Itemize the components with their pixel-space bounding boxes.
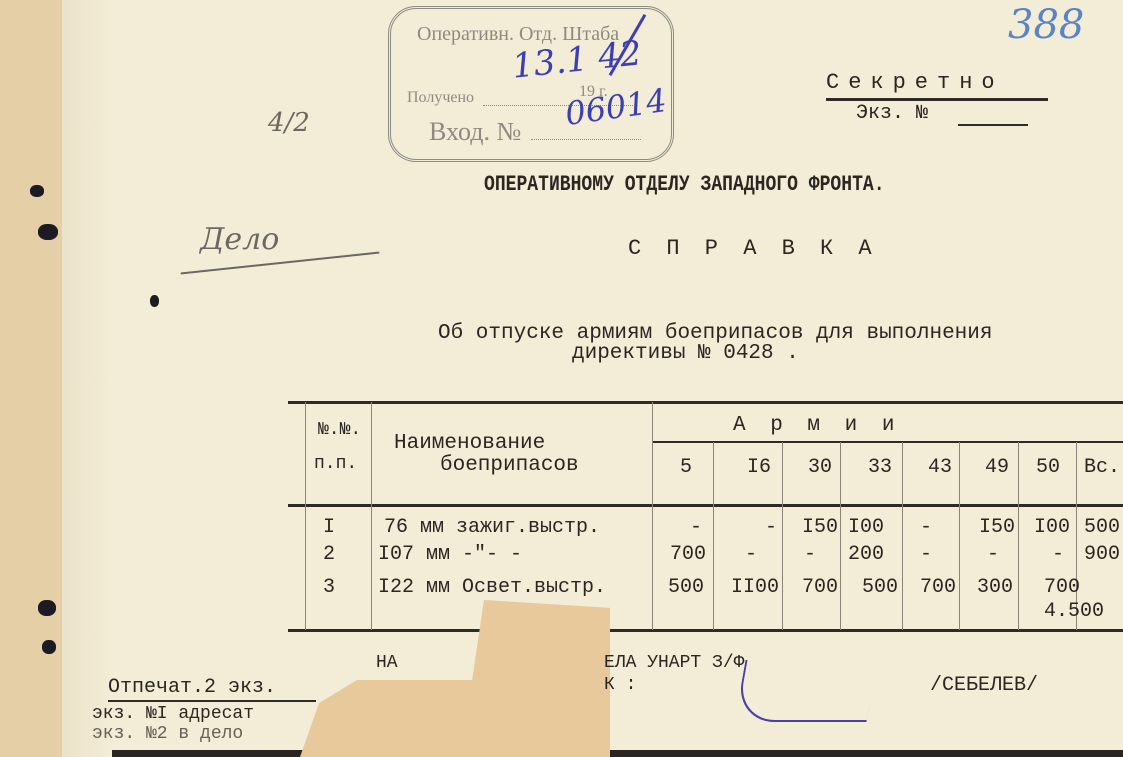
row-value: 700: [1018, 576, 1080, 599]
row-total: 500: [1072, 516, 1120, 539]
row-value: I00: [840, 516, 884, 539]
torn-paper-area: [470, 600, 610, 757]
classification-label: Секретно: [826, 70, 1004, 95]
stamp-received-label: Получено: [407, 89, 474, 107]
header-bottom-border: [288, 504, 1123, 507]
grand-total: 4.500: [1044, 600, 1104, 623]
row-value: I50: [959, 516, 1015, 539]
num-header-1: №.№.: [318, 420, 361, 440]
signature-position-line2: К :: [604, 675, 636, 695]
table-top-border: [288, 401, 1123, 404]
col-border: [371, 402, 372, 630]
document-page: Оперативн. Отд. Штаба Получено 19 г. Вхо…: [0, 0, 1123, 750]
row-value: -: [902, 543, 932, 566]
name-header-1: Наименование: [394, 432, 545, 455]
row-value: 200: [840, 543, 884, 566]
row-value: 700: [782, 576, 838, 599]
row-value: I00: [1018, 516, 1070, 539]
copy-number-blank: [958, 124, 1028, 126]
stamp-number-line: [531, 139, 641, 140]
army-col-header: 30: [782, 456, 832, 479]
punch-hole: [30, 185, 44, 197]
row-number: 2: [305, 543, 335, 566]
row-value: I50: [782, 516, 838, 539]
name-header-2: боеприпасов: [440, 454, 579, 477]
row-value: -: [713, 543, 757, 566]
punch-hole: [38, 600, 56, 616]
footer-underline: [108, 700, 316, 702]
torn-paper-area: [300, 680, 490, 757]
armies-header: А р м и и: [733, 414, 900, 437]
armies-divider: [652, 441, 1123, 443]
punch-hole: [42, 640, 56, 654]
printed-copies: Отпечат.2 экз.: [108, 676, 276, 699]
punch-hole: [38, 224, 58, 240]
row-total: 900: [1072, 543, 1120, 566]
document-title: С П Р А В К А: [628, 236, 878, 261]
row-value: 700: [902, 576, 956, 599]
pencil-mark-top: 4/2: [268, 108, 310, 138]
row-value: -: [782, 543, 816, 566]
row-name: I22 мм Освет.выстр.: [378, 576, 606, 599]
classification-underline: [826, 98, 1048, 101]
total-col-header: Вс.: [1060, 456, 1120, 479]
signature-position: ЕЛА УНАРТ З/Ф: [604, 653, 744, 673]
row-value: 500: [652, 576, 704, 599]
subject-line-2: директивы № 0428 .: [572, 342, 799, 365]
row-value: II00: [713, 576, 779, 599]
army-col-header: 43: [902, 456, 952, 479]
table-bottom-border: [288, 629, 1123, 632]
signature-position-start: НА: [376, 653, 398, 673]
row-value: -: [713, 516, 777, 539]
row-value: -: [652, 516, 702, 539]
copy-1-destination: экз. №I адресат: [92, 704, 254, 724]
copy-number-label: Экз. №: [856, 102, 928, 125]
row-value: 500: [840, 576, 898, 599]
row-number: 3: [305, 576, 335, 599]
row-value: 300: [959, 576, 1013, 599]
archive-page-number: 388: [1008, 2, 1084, 48]
row-value: -: [959, 543, 999, 566]
page-edge: [62, 0, 112, 757]
army-col-header: 49: [959, 456, 1009, 479]
army-col-header: I6: [713, 456, 771, 479]
row-name: I07 мм -"- -: [378, 543, 522, 566]
num-header-2: п.п.: [314, 454, 357, 474]
army-col-header: 5: [652, 456, 692, 479]
army-col-header: 33: [840, 456, 892, 479]
copy-2-destination: экз. №2 в дело: [92, 724, 243, 744]
punch-hole: [150, 295, 159, 307]
army-col-header: 50: [1018, 456, 1060, 479]
pencil-note: Дело: [200, 222, 279, 257]
row-name: 76 мм зажиг.выстр.: [384, 516, 600, 539]
stamp-incoming-label: Вход. №: [429, 117, 521, 147]
row-value: -: [902, 516, 932, 539]
addressee: ОПЕРАТИВНОМУ ОТДЕЛУ ЗАПАДНОГО ФРОНТА.: [484, 172, 885, 197]
row-number: I: [305, 516, 335, 539]
row-value: -: [1018, 543, 1064, 566]
signatory-name: /СЕБЕЛЕВ/: [930, 674, 1038, 697]
row-value: 700: [652, 543, 706, 566]
handwritten-signature: [735, 660, 878, 722]
